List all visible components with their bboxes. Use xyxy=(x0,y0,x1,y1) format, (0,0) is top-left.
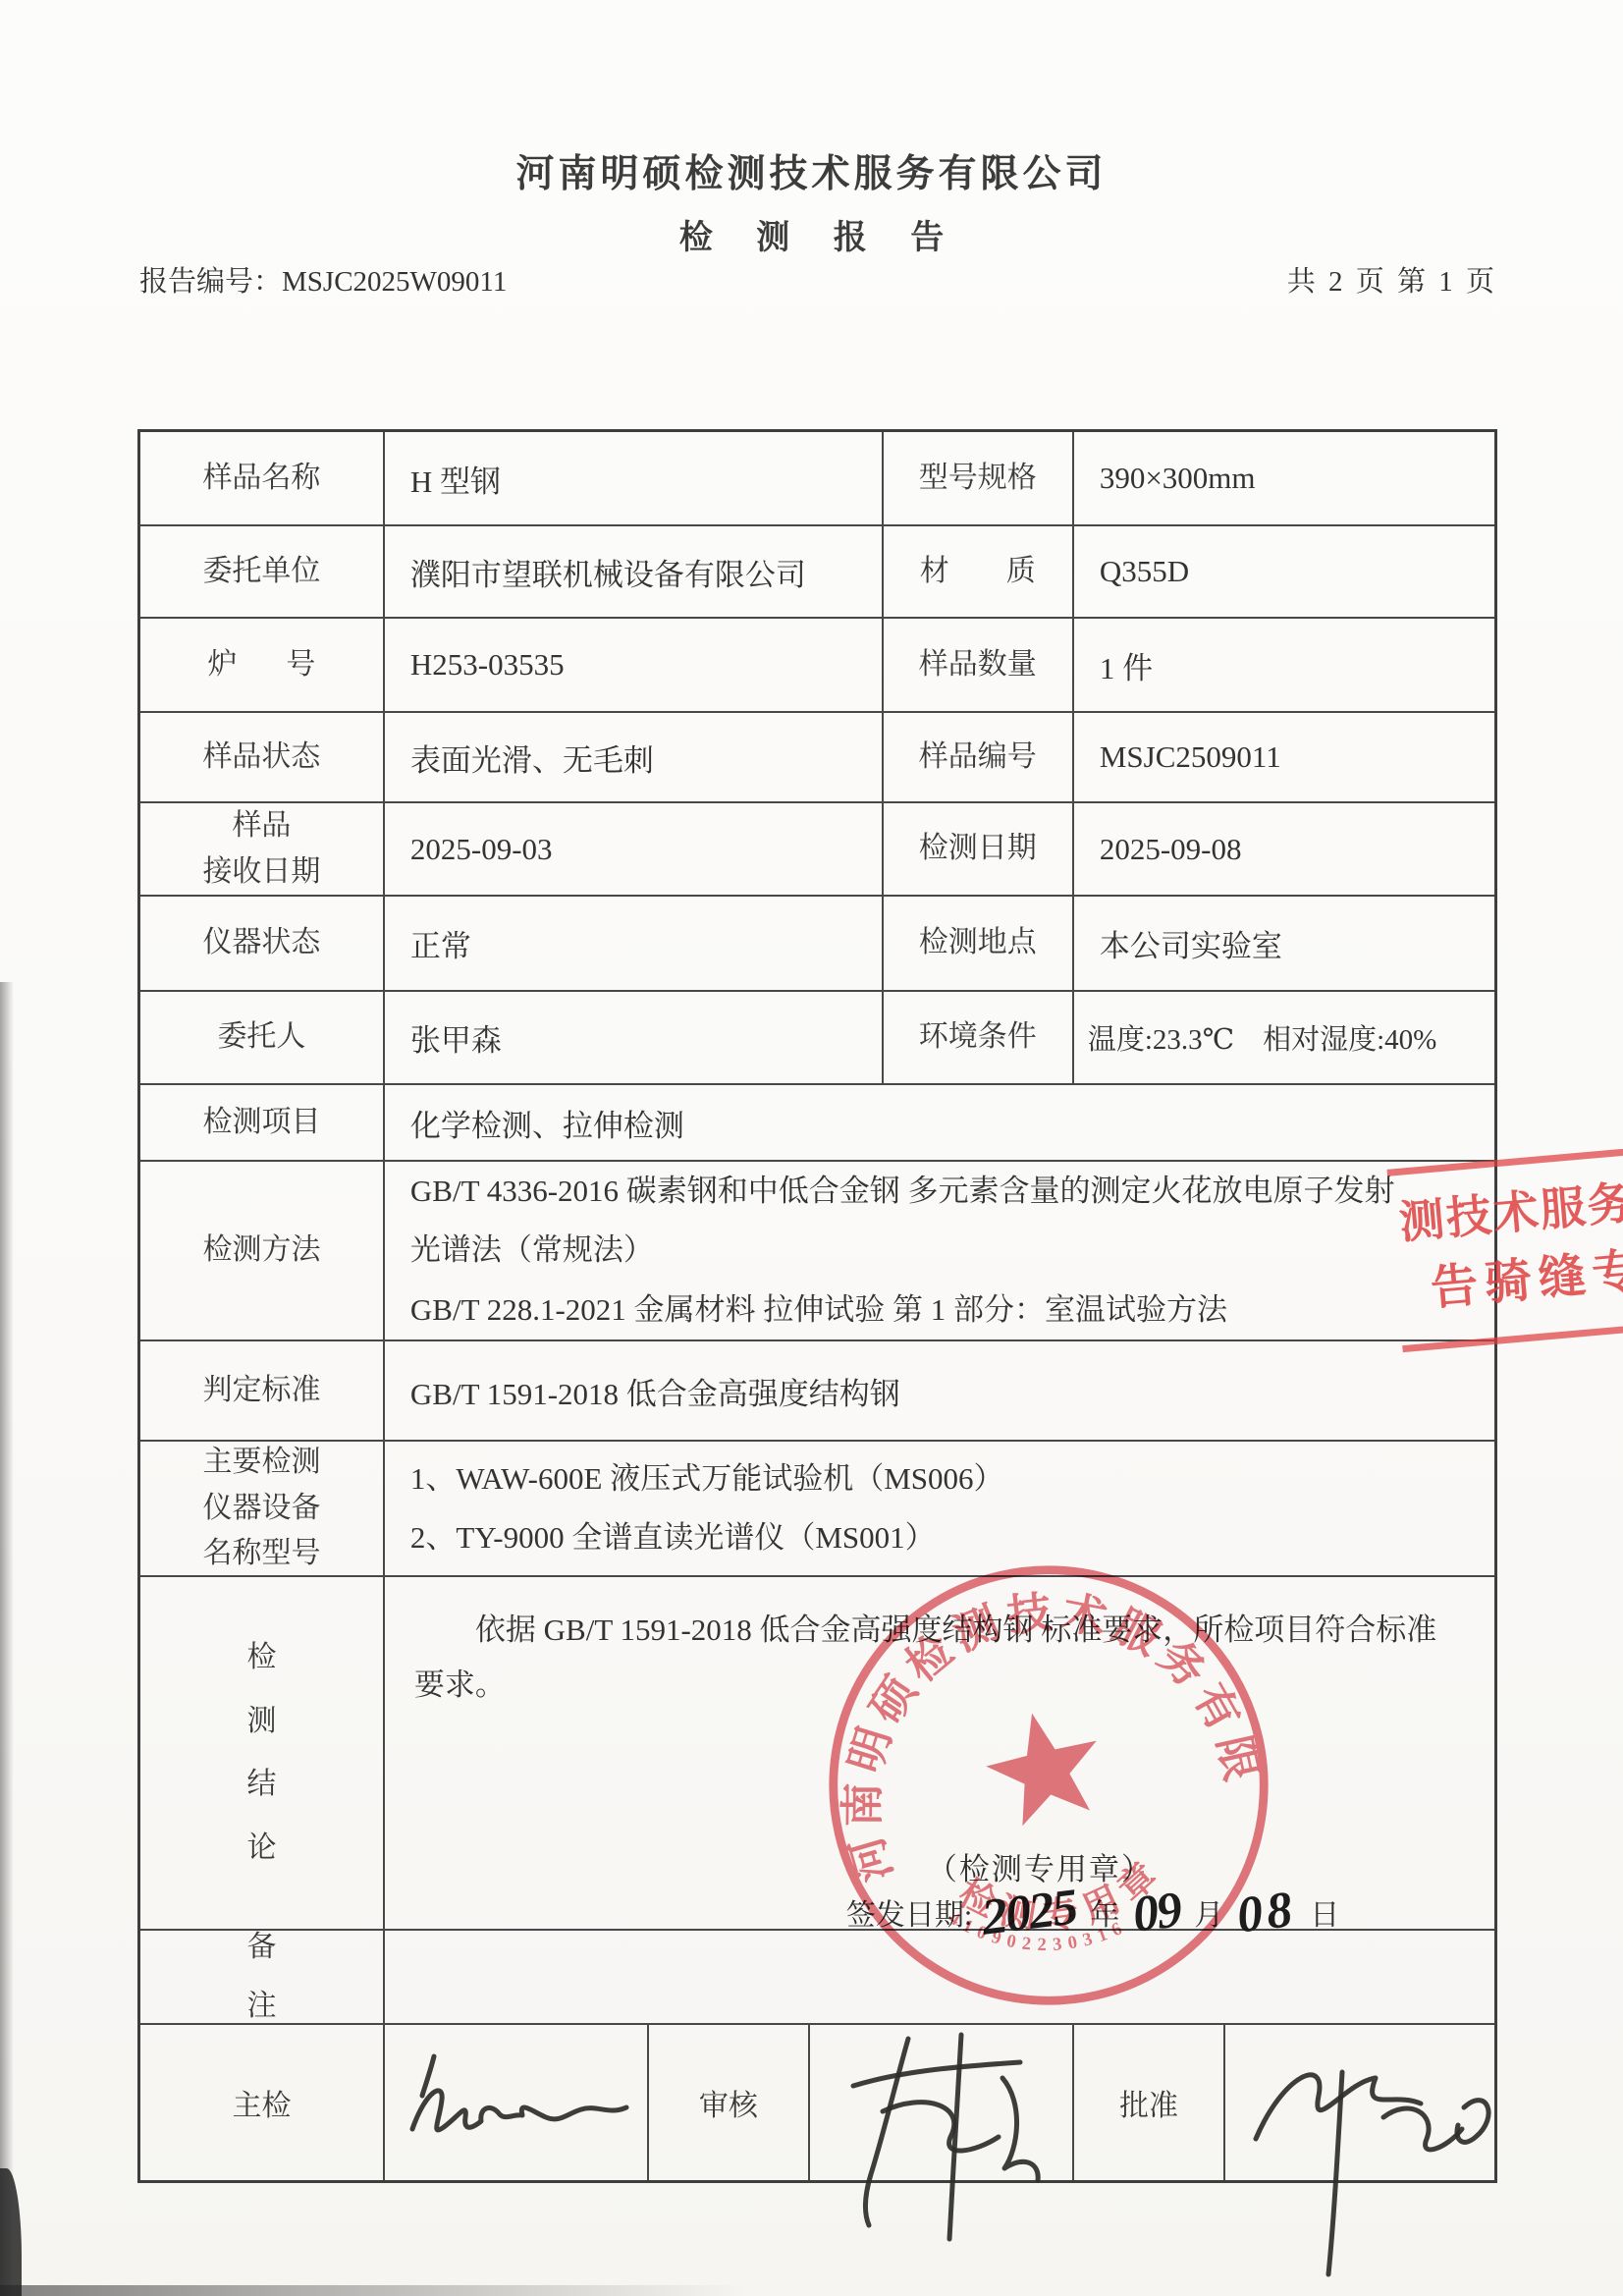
field-value: 正常 xyxy=(410,921,471,965)
page-info: 共 2 页 第 1 页 xyxy=(1287,259,1497,300)
spec-label-cell: 型号规格 xyxy=(884,432,1074,524)
scan-edge-artifact xyxy=(0,982,14,2296)
field-label: 检测方法 xyxy=(202,1228,320,1274)
field-label: 检测项目 xyxy=(202,1100,320,1146)
table-row: 判定标准 GB/T 1591-2018 低合金高强度结构钢 xyxy=(140,1341,1494,1442)
field-value: Q355D xyxy=(1100,554,1189,589)
reviewer-signature xyxy=(810,2025,1074,2180)
signature-scribble xyxy=(393,2039,638,2166)
report-table: 样品名称 H 型钢 型号规格 390×300mm 委托单位 濮阳市望联机械设备有… xyxy=(137,429,1497,2183)
table-row: 仪器状态 正常 检测地点 本公司实验室 xyxy=(140,897,1494,992)
table-row: 样品 接收日期 2025-09-03 检测日期 2025-09-08 xyxy=(140,803,1494,897)
instruments-label-cell: 主要检测 仪器设备 名称型号 xyxy=(140,1442,385,1575)
chief-inspector-signature xyxy=(385,2025,649,2180)
document-title: 检 测 报 告 xyxy=(0,210,1623,258)
field-label: 检测地点 xyxy=(919,920,1037,966)
field-label: 判定标准 xyxy=(202,1368,320,1414)
client-value-cell: 濮阳市望联机械设备有限公司 xyxy=(385,526,884,617)
sample-state-value-cell: 表面光滑、无毛刺 xyxy=(385,713,884,801)
table-row: 委托单位 濮阳市望联机械设备有限公司 材 质 Q355D xyxy=(140,526,1494,619)
report-number-label: 报告编号： xyxy=(139,266,282,298)
test-methods-label-cell: 检测方法 xyxy=(140,1162,385,1339)
field-label: 型号规格 xyxy=(919,456,1037,502)
table-row: 主要检测 仪器设备 名称型号 1、WAW-600E 液压式万能试验机（MS006… xyxy=(140,1442,1494,1577)
table-row: 备 注 xyxy=(140,1931,1494,2025)
field-value: 张甲森 xyxy=(410,1015,502,1060)
field-label: 委托人 xyxy=(217,1014,305,1061)
test-methods-value-cell: GB/T 4336-2016 碳素钢和中低合金钢 多元素含量的测定火花放电原子发… xyxy=(385,1162,1494,1339)
field-value: H253-03535 xyxy=(410,647,565,683)
field-value: GB/T 1591-2018 低合金高强度结构钢 xyxy=(410,1369,900,1413)
quantity-value-cell: 1 件 xyxy=(1074,619,1494,711)
test-date-value-cell: 2025-09-08 xyxy=(1074,803,1494,895)
table-row: 委托人 张甲森 环境条件 温度:23.3℃ 相对湿度:40% xyxy=(140,992,1494,1085)
field-label: 样品状态 xyxy=(202,735,320,781)
report-number-value: MSJC2025W09011 xyxy=(282,266,507,298)
sample-name-value-cell: H 型钢 xyxy=(385,432,884,524)
handwritten-month: 09 xyxy=(1130,1881,1184,1943)
field-label: 样品名称 xyxy=(202,456,320,502)
handwritten-year: 2025 xyxy=(979,1878,1079,1946)
receive-date-label-cell: 样品 接收日期 xyxy=(140,803,385,895)
conclusion-value-cell: 依据 GB/T 1591-2018 低合金高强度结构钢 标准要求，所检项目符合标… xyxy=(385,1577,1494,1929)
field-label: 炉 号 xyxy=(197,642,325,688)
report-meta-row: 报告编号：MSJC2025W09011 共 2 页 第 1 页 xyxy=(139,259,1497,300)
field-value: 化学检测、拉伸检测 xyxy=(410,1101,684,1145)
field-value: 390×300mm xyxy=(1100,461,1256,496)
table-row: 检测项目 化学检测、拉伸检测 xyxy=(140,1085,1494,1162)
day-unit: 日 xyxy=(1310,1890,1339,1934)
signature-scribble xyxy=(1232,2029,1488,2176)
table-row: 样品状态 表面光滑、无毛刺 样品编号 MSJC2509011 xyxy=(140,713,1494,803)
environment-label-cell: 环境条件 xyxy=(884,992,1074,1083)
furnace-label-cell: 炉 号 xyxy=(140,619,385,711)
scan-bottom-artifact xyxy=(0,2285,746,2296)
field-label: 样品数量 xyxy=(919,642,1037,688)
field-value: 2025-09-08 xyxy=(1100,832,1242,867)
remarks-label-cell: 备 注 xyxy=(140,1931,385,2023)
signature-scribble xyxy=(818,2029,1063,2176)
table-row: 检测方法 GB/T 4336-2016 碳素钢和中低合金钢 多元素含量的测定火花… xyxy=(140,1162,1494,1341)
field-value: GB/T 4336-2016 碳素钢和中低合金钢 多元素含量的测定火花放电原子发… xyxy=(410,1162,1395,1339)
field-value: 1 件 xyxy=(1100,643,1153,687)
field-value: 本公司实验室 xyxy=(1100,921,1282,965)
material-value-cell: Q355D xyxy=(1074,526,1494,617)
signature-row: 主检 审核 批准 xyxy=(140,2025,1494,2180)
field-value: 濮阳市望联机械设备有限公司 xyxy=(410,550,806,594)
scan-corner-artifact xyxy=(0,2168,22,2296)
field-label: 样品编号 xyxy=(919,735,1037,781)
instrument-state-value-cell: 正常 xyxy=(385,897,884,990)
field-value: H 型钢 xyxy=(410,457,501,501)
field-label: 主检 xyxy=(232,2081,291,2124)
field-label: 材 质 xyxy=(906,549,1050,595)
approver-label-cell: 批准 xyxy=(1074,2025,1225,2180)
field-label: 审核 xyxy=(699,2081,758,2124)
field-label: 环境条件 xyxy=(919,1014,1037,1061)
approver-signature xyxy=(1225,2025,1494,2180)
environment-value-cell: 温度:23.3℃ 相对湿度:40% xyxy=(1074,992,1494,1083)
consignor-value-cell: 张甲森 xyxy=(385,992,884,1083)
instruments-value-cell: 1、WAW-600E 液压式万能试验机（MS006） 2、TY-9000 全谱直… xyxy=(385,1442,1494,1575)
chief-inspector-label-cell: 主检 xyxy=(140,2025,385,2180)
conclusion-label-cell: 检 测 结 论 xyxy=(140,1577,385,1929)
client-label-cell: 委托单位 xyxy=(140,526,385,617)
report-number: 报告编号：MSJC2025W09011 xyxy=(139,259,507,300)
issue-date-label: 签发日期: xyxy=(846,1890,972,1934)
consignor-label-cell: 委托人 xyxy=(140,992,385,1083)
year-unit: 年 xyxy=(1090,1890,1119,1934)
field-label: 样品 接收日期 xyxy=(202,803,320,895)
field-value: 温度:23.3℃ 相对湿度:40% xyxy=(1088,1017,1436,1058)
report-page: 河南明硕检测技术服务有限公司 检 测 报 告 报告编号：MSJC2025W090… xyxy=(0,0,1623,2296)
furnace-value-cell: H253-03535 xyxy=(385,619,884,711)
sample-name-label-cell: 样品名称 xyxy=(140,432,385,524)
month-unit: 月 xyxy=(1194,1890,1223,1934)
field-value: 1、WAW-600E 液压式万能试验机（MS006） 2、TY-9000 全谱直… xyxy=(410,1449,1004,1568)
field-value: MSJC2509011 xyxy=(1100,739,1281,775)
field-value: 2025-09-03 xyxy=(410,832,553,867)
reviewer-label-cell: 审核 xyxy=(649,2025,810,2180)
quantity-label-cell: 样品数量 xyxy=(884,619,1074,711)
field-label: 主要检测 仪器设备 名称型号 xyxy=(202,1440,320,1577)
judge-standard-label-cell: 判定标准 xyxy=(140,1341,385,1440)
field-label: 批准 xyxy=(1119,2081,1178,2124)
sample-no-label-cell: 样品编号 xyxy=(884,713,1074,801)
material-label-cell: 材 质 xyxy=(884,526,1074,617)
field-label: 仪器状态 xyxy=(202,920,320,966)
receive-date-value-cell: 2025-09-03 xyxy=(385,803,884,895)
sample-state-label-cell: 样品状态 xyxy=(140,713,385,801)
field-value: 表面光滑、无毛刺 xyxy=(410,736,654,780)
instrument-state-label-cell: 仪器状态 xyxy=(140,897,385,990)
test-items-label-cell: 检测项目 xyxy=(140,1085,385,1160)
field-label: 检 测 结 论 xyxy=(246,1626,276,1880)
test-items-value-cell: 化学检测、拉伸检测 xyxy=(385,1085,1494,1160)
table-row: 样品名称 H 型钢 型号规格 390×300mm xyxy=(140,432,1494,526)
table-row: 检 测 结 论 依据 GB/T 1591-2018 低合金高强度结构钢 标准要求… xyxy=(140,1577,1494,1931)
sample-no-value-cell: MSJC2509011 xyxy=(1074,713,1494,801)
company-title: 河南明硕检测技术服务有限公司 xyxy=(0,143,1623,198)
field-label: 备 注 xyxy=(246,1918,276,2036)
conclusion-text: 依据 GB/T 1591-2018 低合金高强度结构钢 标准要求，所检项目符合标… xyxy=(385,1577,1466,1713)
issue-date-line: 签发日期: 2025 年 09 月 08 日 xyxy=(846,1880,1343,1938)
remarks-value-cell xyxy=(385,1931,1494,2023)
spec-value-cell: 390×300mm xyxy=(1074,432,1494,524)
test-date-label-cell: 检测日期 xyxy=(884,803,1074,895)
test-place-label-cell: 检测地点 xyxy=(884,897,1074,990)
handwritten-day: 08 xyxy=(1234,1881,1300,1945)
field-label: 检测日期 xyxy=(919,826,1037,872)
test-place-value-cell: 本公司实验室 xyxy=(1074,897,1494,990)
field-label: 委托单位 xyxy=(202,549,320,595)
judge-standard-value-cell: GB/T 1591-2018 低合金高强度结构钢 xyxy=(385,1341,1494,1440)
table-row: 炉 号 H253-03535 样品数量 1 件 xyxy=(140,619,1494,713)
